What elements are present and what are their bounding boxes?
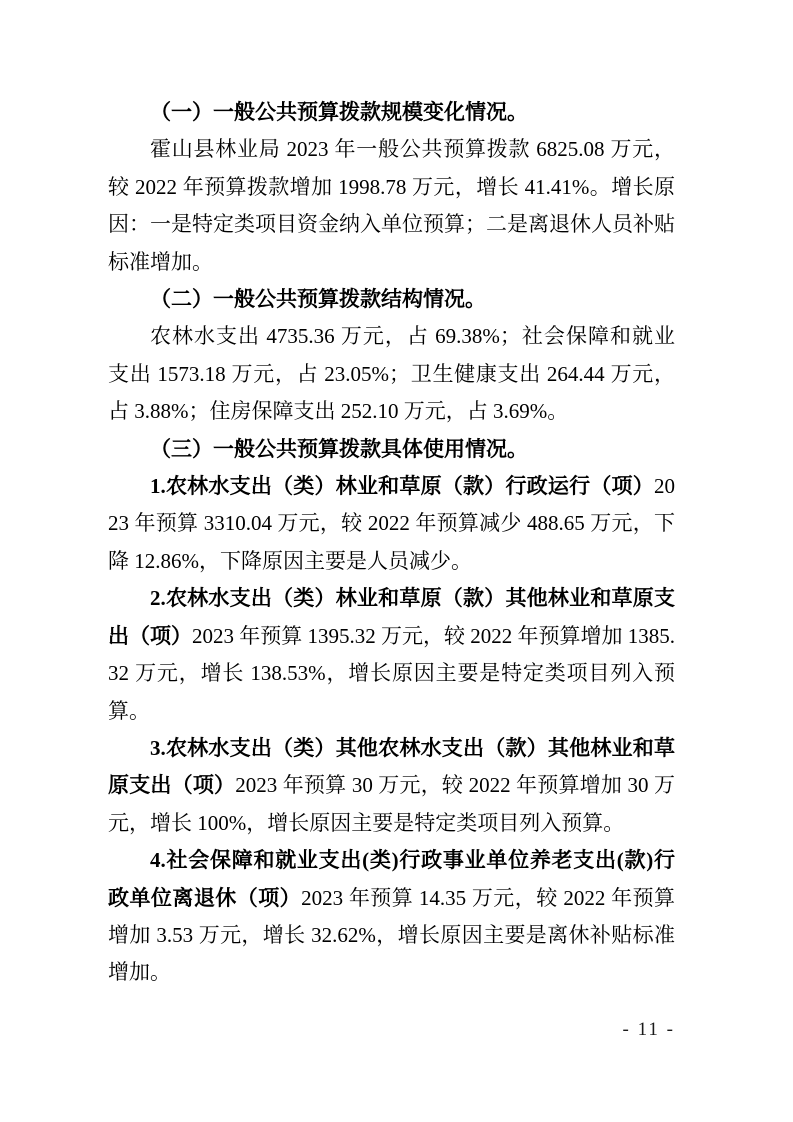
section-heading-one-text: （一）一般公共预算拨款规模变化情况。: [150, 100, 528, 124]
page-number: - 11 -: [108, 1015, 675, 1045]
section-heading-two: （二）一般公共预算拨款结构情况。: [108, 281, 675, 318]
item-2-body: 2023 年预算 1395.32 万元，较 2022 年预算增加 1385.32…: [108, 624, 675, 723]
item-4: 4.社会保障和就业支出(类)行政事业单位养老支出(款)行政单位离退休（项）202…: [108, 842, 675, 992]
item-2: 2.农林水支出（类）林业和草原（款）其他林业和草原支出（项）2023 年预算 1…: [108, 580, 675, 730]
section-heading-two-text: （二）一般公共预算拨款结构情况。: [150, 287, 486, 311]
section-heading-three-text: （三）一般公共预算拨款具体使用情况。: [150, 437, 528, 461]
item-1: 1.农林水支出（类）林业和草原（款）行政运行（项）2023 年预算 3310.0…: [108, 468, 675, 580]
para-structure-text: 农林水支出 4735.36 万元，占 69.38%；社会保障和就业支出 1573…: [108, 324, 675, 423]
page-number-text: - 11 -: [623, 1019, 675, 1040]
section-heading-three: （三）一般公共预算拨款具体使用情况。: [108, 431, 675, 468]
para-scale-change: 霍山县林业局 2023 年一般公共预算拨款 6825.08 万元，较 2022 …: [108, 131, 675, 281]
para-structure: 农林水支出 4735.36 万元，占 69.38%；社会保障和就业支出 1573…: [108, 318, 675, 430]
section-heading-one: （一）一般公共预算拨款规模变化情况。: [108, 94, 675, 131]
item-1-title: 1.农林水支出（类）林业和草原（款）行政运行（项）: [150, 474, 654, 498]
para-scale-change-text: 霍山县林业局 2023 年一般公共预算拨款 6825.08 万元，较 2022 …: [108, 137, 675, 273]
item-3: 3.农林水支出（类）其他农林水支出（款）其他林业和草原支出（项）2023 年预算…: [108, 730, 675, 842]
document-content: （一）一般公共预算拨款规模变化情况。 霍山县林业局 2023 年一般公共预算拨款…: [108, 94, 675, 992]
document-page: （一）一般公共预算拨款规模变化情况。 霍山县林业局 2023 年一般公共预算拨款…: [0, 0, 793, 1122]
